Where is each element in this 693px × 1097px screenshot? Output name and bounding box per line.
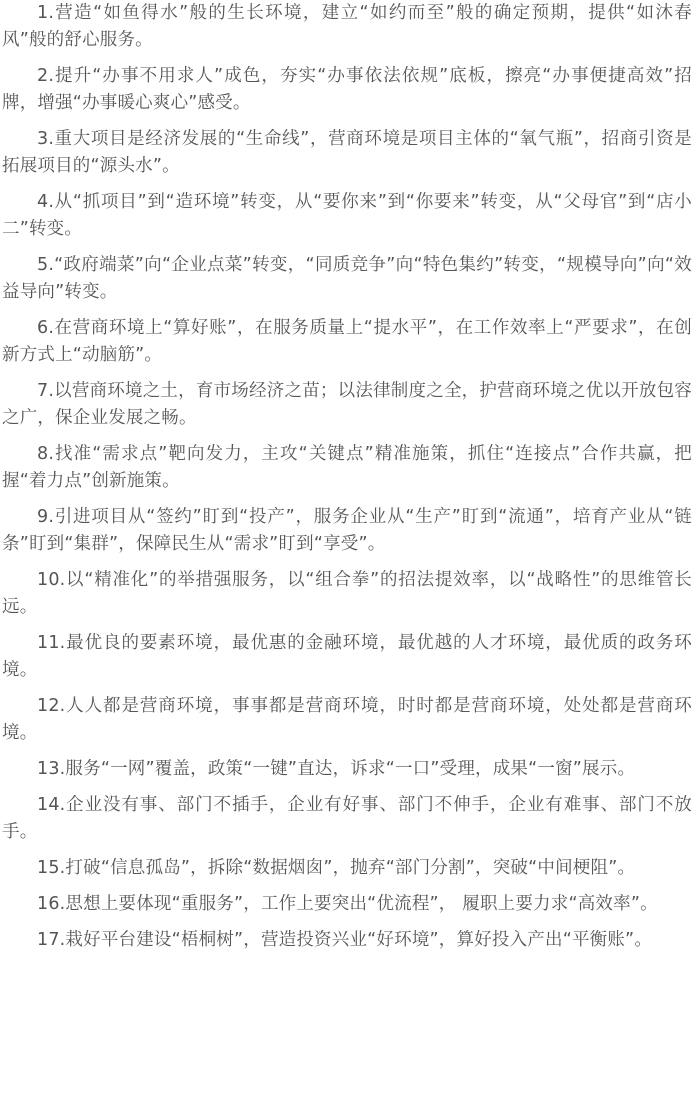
paragraph-3: 3.重大项目是经济发展的“生命线”，营商环境是项目主体的“氧气瓶”，招商引资是拓… <box>2 126 692 180</box>
paragraph-4: 4.从“抓项目”到“造环境”转变，从“要你来”到“你要来”转变，从“父母官”到“… <box>2 189 692 243</box>
paragraph-6: 6.在营商环境上“算好账”，在服务质量上“提水平”，在工作效率上“严要求”，在创… <box>2 315 692 369</box>
paragraph-12: 12.人人都是营商环境，事事都是营商环境，时时都是营商环境，处处都是营商环境。 <box>2 693 692 747</box>
paragraph-9: 9.引进项目从“签约”盯到“投产”，服务企业从“生产”盯到“流通”，培育产业从“… <box>2 504 692 558</box>
paragraph-8: 8.找准“需求点”靶向发力，主攻“关键点”精准施策，抓住“连接点”合作共赢，把握… <box>2 441 692 495</box>
paragraph-13: 13.服务“一网”覆盖，政策“一键”直达，诉求“一口”受理，成果“一窗”展示。 <box>2 756 692 783</box>
paragraph-16: 16.思想上要体现“重服务”，工作上要突出“优流程”， 履职上要力求“高效率”。 <box>2 891 692 918</box>
article-body: 1.营造“如鱼得水”般的生长环境，建立“如约而至”般的确定预期，提供“如沐春风”… <box>0 0 693 954</box>
paragraph-7: 7.以营商环境之土，育市场经济之苗；以法律制度之全，护营商环境之优以开放包容之广… <box>2 378 692 432</box>
paragraph-10: 10.以“精准化”的举措强服务，以“组合拳”的招法提效率，以“战略性”的思维管长… <box>2 567 692 621</box>
paragraph-15: 15.打破“信息孤岛”，拆除“数据烟囱”，抛弃“部门分割”，突破“中间梗阻”。 <box>2 855 692 882</box>
paragraph-2: 2.提升“办事不用求人”成色，夯实“办事依法依规”底板，擦亮“办事便捷高效”招牌… <box>2 63 692 117</box>
paragraph-14: 14.企业没有事、部门不插手，企业有好事、部门不伸手，企业有难事、部门不放手。 <box>2 792 692 846</box>
paragraph-5: 5.“政府端菜”向“企业点菜”转变，“同质竞争”向“特色集约”转变，“规模导向”… <box>2 252 692 306</box>
paragraph-11: 11.最优良的要素环境，最优惠的金融环境，最优越的人才环境，最优质的政务环境。 <box>2 630 692 684</box>
paragraph-17: 17.栽好平台建设“梧桐树”，营造投资兴业“好环境”，算好投入产出“平衡账”。 <box>2 927 692 954</box>
paragraph-1: 1.营造“如鱼得水”般的生长环境，建立“如约而至”般的确定预期，提供“如沐春风”… <box>2 0 692 54</box>
